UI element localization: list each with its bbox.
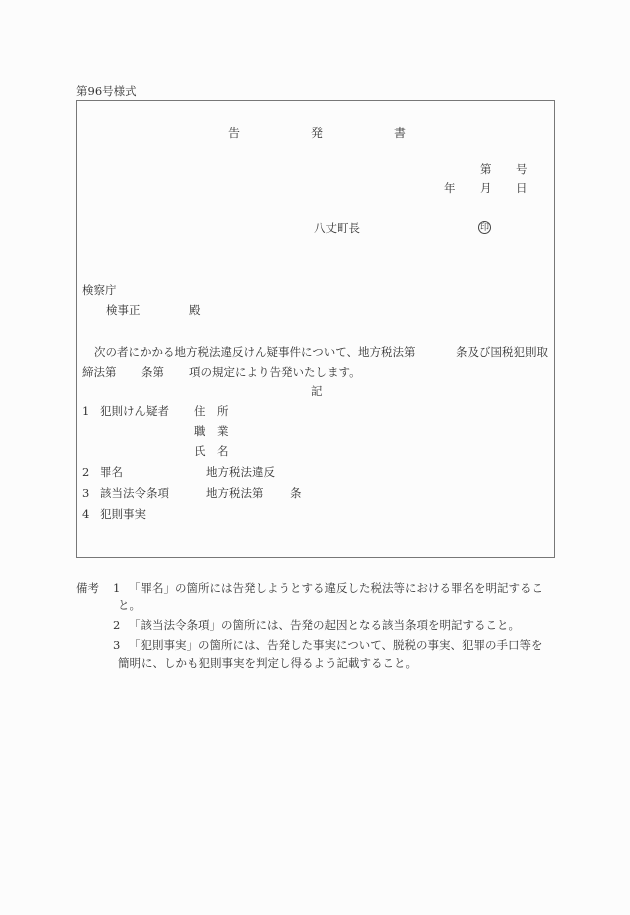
ki-label: 記 <box>311 386 323 398</box>
note-3-num: 3 <box>113 640 120 652</box>
item-2-num: 2 <box>82 467 89 479</box>
addressee-office: 検察庁 <box>82 285 117 297</box>
note-3-line2: 簡明に、しかも犯則事実を判定し得るよう記載すること。 <box>118 658 417 670</box>
item-1-field-address: 住 所 <box>194 406 229 418</box>
addressee-honorific: 殿 <box>189 305 201 317</box>
item-2-value: 地方税法違反 <box>206 467 275 479</box>
form-number-label: 第96号様式 <box>76 86 137 98</box>
item-4-label: 犯則事実 <box>100 509 146 521</box>
note-3-line1: 「犯則事実」の箇所には、告発した事実について、脱税の事実、犯罪の手口等を <box>129 640 543 652</box>
note-1-num: 1 <box>113 583 120 595</box>
seal-icon: 印 <box>478 221 491 234</box>
item-2-label: 罪名 <box>100 467 123 479</box>
title-char-2: 発 <box>311 124 323 141</box>
addressee-title: 検事正 <box>106 305 141 317</box>
item-3-suffix: 条 <box>290 488 302 500</box>
item-1-field-name: 氏 名 <box>194 446 229 458</box>
item-1-num: 1 <box>82 406 89 418</box>
item-4-num: 4 <box>82 509 89 521</box>
number-dai: 第 <box>480 164 492 176</box>
note-1-line1: 「罪名」の箇所には告発しようとする違反した税法等における罪名を明記するこ <box>129 583 543 595</box>
issuer-name: 八丈町長 <box>314 223 360 235</box>
item-3-value: 地方税法第 <box>206 488 264 500</box>
item-1-field-occupation: 職 業 <box>194 426 229 438</box>
title-char-3: 書 <box>394 124 406 141</box>
body-line1-a: 次の者にかかる地方税法違反けん疑事件について、地方税法第 <box>94 347 416 359</box>
note-1-line2: と。 <box>118 600 141 612</box>
item-1-label: 犯則けん疑者 <box>100 406 169 418</box>
body-line1-b: 条及び国税犯則取 <box>456 347 548 359</box>
title-char-1: 告 <box>228 124 240 141</box>
date-month: 月 <box>480 183 492 195</box>
item-3-num: 3 <box>82 488 89 500</box>
item-3-label: 該当法令条項 <box>100 488 169 500</box>
date-year: 年 <box>444 183 456 195</box>
body-line2-b: 条第 <box>141 367 164 379</box>
body-line2-c: 項の規定により告発いたします。 <box>189 367 361 379</box>
body-line2-a: 締法第 <box>82 367 117 379</box>
note-2-num: 2 <box>113 620 120 632</box>
number-go: 号 <box>516 164 528 176</box>
note-2-line1: 「該当法令条項」の箇所には、告発の起因となる該当条項を明記すること。 <box>129 620 520 632</box>
date-day: 日 <box>516 183 528 195</box>
notes-heading: 備考 <box>76 583 99 595</box>
